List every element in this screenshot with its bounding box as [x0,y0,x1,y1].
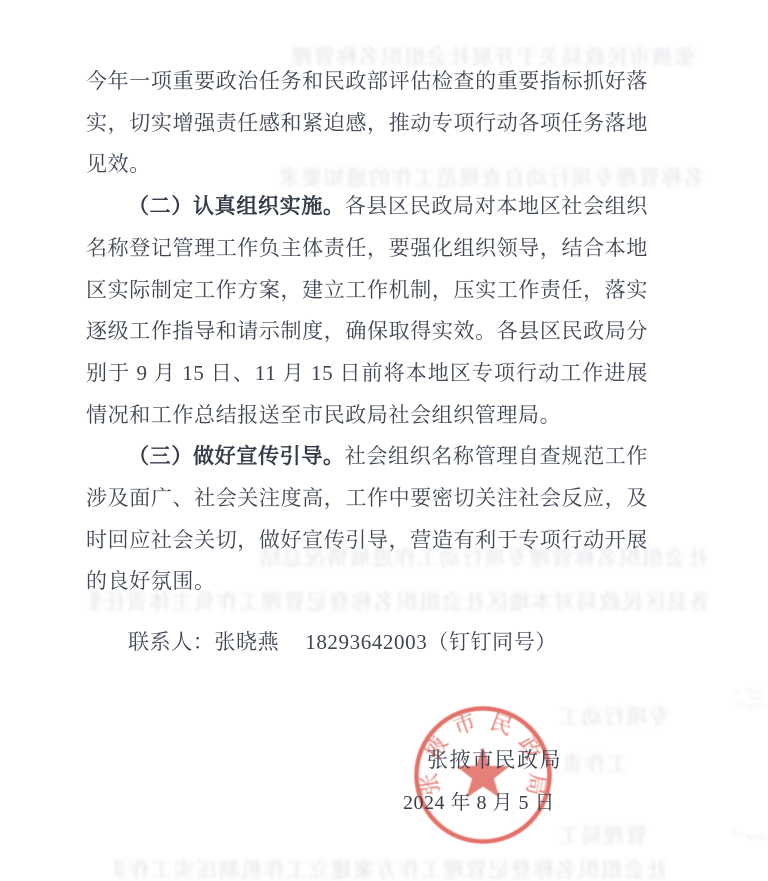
paragraph-text: 今年一项重要政治任务和民政部评估检查的重要指标抓好落实，切实增强责任感和紧迫感，… [86,69,648,176]
document-body: 今年一项重要政治任务和民政部评估检查的重要指标抓好落实，切实增强责任感和紧迫感，… [86,61,648,603]
scanned-letter-page: 今年一项重要政治任务和民政部评估检查的重要指标抓好落实，切实增强责任感和紧迫感，… [0,0,768,881]
paragraph-lead: （二）认真组织实施。 [128,194,345,218]
signature-date: 2024 年 8 月 5 日 [403,786,555,815]
bleedthrough-artifact: 三二 [733,686,767,713]
contact-line: 联系人：张晓燕18293642003（钉钉同号） [86,622,686,664]
contact-phone: 18293642003 [305,630,427,654]
signature-organization: 张掖市民政局 [427,744,562,774]
bleedthrough-artifact: 工作责 [566,751,628,778]
contact-name: 张晓燕 [214,630,279,654]
official-seal-stamp: 张掖市民政局 [408,700,558,850]
paragraph-lead: （三）做好宣传引导。 [128,444,345,468]
paragraph: （二）认真组织实施。各县区民政局对本地区社会组织名称登记管理工作负主体责任，要强… [86,186,648,436]
bleedthrough-artifact: 专项行动工 [540,704,670,731]
bleedthrough-artifact: 管理局工 [547,823,647,850]
bleedthrough-artifact: 一亠 [733,826,767,853]
paragraph: 今年一项重要政治任务和民政部评估检查的重要指标抓好落实，切实增强责任感和紧迫感，… [86,61,648,186]
contact-phone-note: （钉钉同号） [427,630,557,654]
contact-label: 联系人： [128,630,214,654]
paragraph-text: 各县区民政局对本地区社会组织名称登记管理工作负主体责任，要强化组织领导，结合本地… [86,194,648,427]
bleedthrough-artifact: 社会组织名称登记管理工作方案建立工作机制压实工作责任 [115,857,667,881]
paragraph: （三）做好宣传引导。社会组织名称管理自查规范工作涉及面广、社会关注度高，工作中要… [86,436,648,603]
